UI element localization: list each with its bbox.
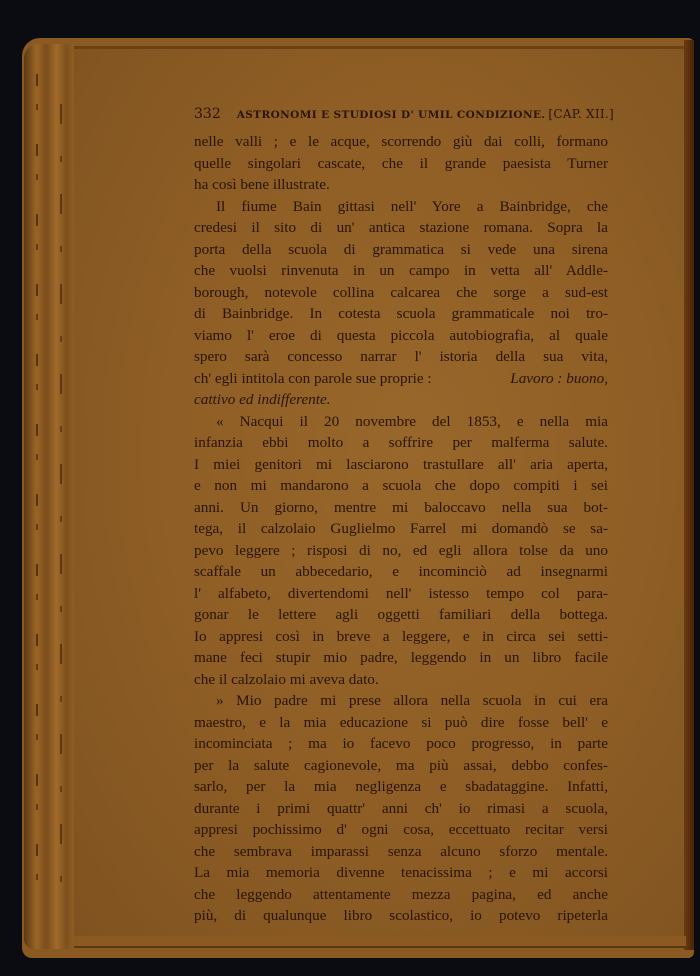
body-text: nelle valli ; e le acque, scorrendo giù … bbox=[194, 131, 608, 927]
book-right-edge bbox=[684, 40, 694, 950]
text-line: anni. Un giorno, mentre mi baloccavo nel… bbox=[194, 497, 608, 519]
italic-title-continued: cattivo ed indifferente. bbox=[194, 389, 608, 411]
page-bottom-edge bbox=[74, 936, 686, 948]
text-line: borough, notevole collina calcarea che s… bbox=[194, 282, 608, 304]
text-line: credesi il sito di un' antica stazione r… bbox=[194, 217, 608, 239]
text-line: infanzia ebbi molto a soffrire per malfe… bbox=[194, 432, 608, 454]
running-title: ASTRONOMI E STUDIOSI D' UMIL CONDIZIONE. bbox=[237, 109, 549, 121]
text-line: nelle valli ; e le acque, scorrendo giù … bbox=[194, 131, 608, 153]
text-line: Io appresi così in breve a leggere, e in… bbox=[194, 626, 608, 648]
text-line: per la salute cagionevole, ma più assai,… bbox=[194, 755, 608, 777]
paragraph-start: » Mio padre mi prese allora nella scuola… bbox=[194, 690, 608, 712]
text-line: che leggendo attentamente mezza pagina, … bbox=[194, 884, 608, 906]
text-line: tega, il calzolaio Guglielmo Farrel mi d… bbox=[194, 518, 608, 540]
text-line: appresi pochissimo d' ogni cosa, eccettu… bbox=[194, 819, 608, 841]
paragraph-start: « Nacqui il 20 novembre del 1853, e nell… bbox=[194, 411, 608, 433]
text-line: di Bainbridge. In cotesta scuola grammat… bbox=[194, 303, 608, 325]
text-line: maestro, e la mia educazione si può dire… bbox=[194, 712, 608, 734]
page-stack-edge bbox=[24, 44, 74, 949]
text-line: gonar le lettere agli oggetti familiari … bbox=[194, 604, 608, 626]
text-fragment: ch' egli intitola con parole sue proprie… bbox=[194, 368, 432, 390]
text-line: mane feci stupir mio padre, leggendo in … bbox=[194, 647, 608, 669]
text-line: sarlo, per la mia negligenza e sbadatagg… bbox=[194, 776, 608, 798]
text-line: l' alfabeto, divertendomi nell' istesso … bbox=[194, 583, 608, 605]
text-line: scaffale un abbecedario, e incominciò ad… bbox=[194, 561, 608, 583]
paragraph-start: Il fiume Bain gittasi nell' Yore a Bainb… bbox=[194, 196, 608, 218]
text-line: spero sarà concesso narrar l' istoria de… bbox=[194, 346, 608, 368]
text-line-with-title: ch' egli intitola con parole sue proprie… bbox=[194, 368, 608, 390]
text-line: incominciata ; ma io facevo poco progres… bbox=[194, 733, 608, 755]
running-header: 332 ASTRONOMI E STUDIOSI D' UMIL CONDIZI… bbox=[194, 106, 614, 126]
text-line: e non mi mandarono a scuola che dopo com… bbox=[194, 475, 608, 497]
text-line: più, di qualunque libro scolastico, io p… bbox=[194, 905, 608, 927]
text-line: pevo leggere ; risposi di no, ed egli al… bbox=[194, 540, 608, 562]
text-line: La mia memoria divenne tenacissima ; e m… bbox=[194, 862, 608, 884]
text-line: I miei genitori mi lasciarono trastullar… bbox=[194, 454, 608, 476]
text-line: ha così bene illustrate. bbox=[194, 174, 608, 196]
text-line: quelle singolari cascate, che il grande … bbox=[194, 153, 608, 175]
text-line: che sembrava imparassi senza alcuno sfor… bbox=[194, 841, 608, 863]
italic-title: Lavoro : buono, bbox=[510, 368, 608, 390]
text-line: viamo l' eroe di questa piccola autobiog… bbox=[194, 325, 608, 347]
text-line: durante i primi quattr' anni ch' io rima… bbox=[194, 798, 608, 820]
text-line: che il calzolaio mi aveva dato. bbox=[194, 669, 608, 691]
text-line: che vuolsi rinvenuta in un campo in vett… bbox=[194, 260, 608, 282]
page-number: 332 bbox=[194, 106, 221, 122]
chapter-reference: [CAP. XII.] bbox=[548, 107, 614, 121]
scanned-book-page: 332 ASTRONOMI E STUDIOSI D' UMIL CONDIZI… bbox=[0, 0, 700, 976]
text-line: porta della scuola di grammatica si vede… bbox=[194, 239, 608, 261]
